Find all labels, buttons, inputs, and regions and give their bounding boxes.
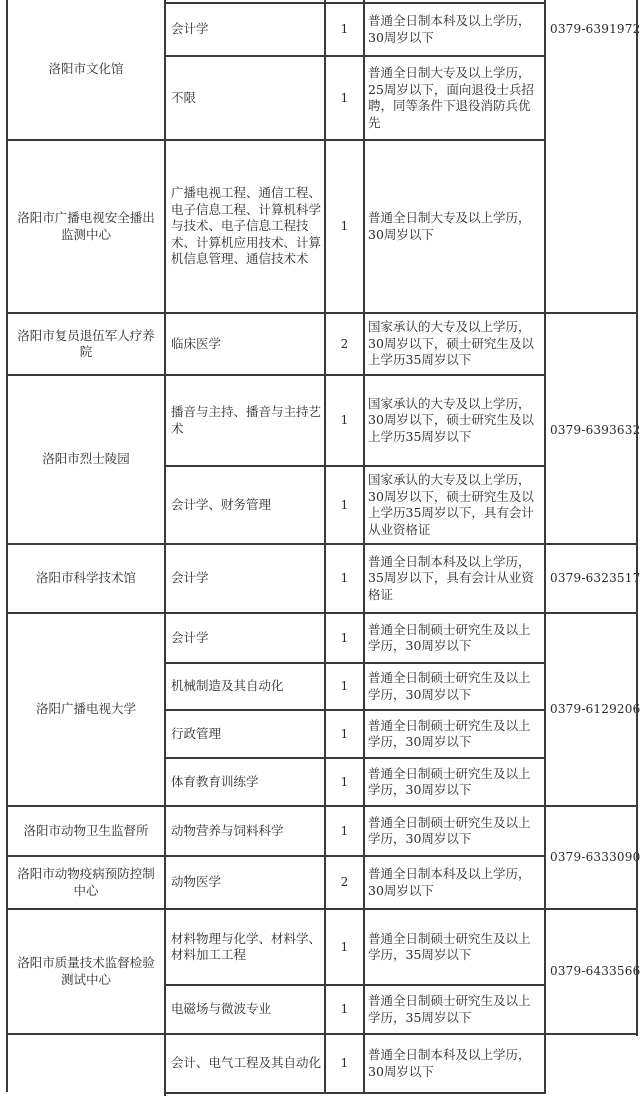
row-divider	[6, 805, 638, 807]
count-cell: 1	[326, 1035, 363, 1092]
requirement-cell: 国家承认的大专及以上学历，30周岁以下，硕士研究生及以上学历35周岁以下，具有会…	[365, 467, 544, 543]
phone-cell: 0379-63330902	[546, 807, 636, 908]
row-divider	[164, 662, 546, 664]
count-cell: 1	[326, 614, 363, 662]
major-cell: 会计学、财务管理	[166, 467, 324, 543]
requirement-cell: 普通全日制硕士研究生及以上学历，30周岁以下	[365, 664, 544, 709]
column-divider	[544, 0, 546, 1094]
requirement-cell: 普通全日制大专及以上学历，25周岁以下，面向退役士兵招聘，同等条件下退役消防兵优…	[365, 57, 544, 139]
requirement-cell: 普通全日制本科及以上学历，35周岁以下，具有会计从业资格证	[365, 545, 544, 612]
unit-cell: 洛阳市质量技术监督检验测试中心	[8, 910, 164, 1033]
major-cell: 临床医学	[166, 314, 324, 374]
major-cell: 材料物理与化学、材料学、材料加工工程	[166, 910, 324, 984]
table-border-left	[6, 0, 8, 1092]
count-cell: 1	[326, 759, 363, 805]
count-cell: 1	[326, 664, 363, 709]
row-divider	[6, 908, 638, 910]
major-cell: 体育教育训练学	[166, 759, 324, 805]
requirement-cell: 国家承认的大专及以上学历，30周岁以下，硕士研究生及以上学历35周岁以下	[365, 376, 544, 465]
major-cell: 播音与主持、播音与主持艺术	[166, 376, 324, 465]
row-divider	[6, 312, 638, 314]
unit-name: 洛阳市动物疫病预防控制中心	[12, 866, 160, 899]
major-cell: 行政管理	[166, 711, 324, 757]
unit-cell: 洛阳市科学技术馆	[8, 545, 164, 612]
major-cell: 动物营养与饲料科学	[166, 807, 324, 855]
requirement-cell: 普通全日制硕士研究生及以上学历，30周岁以下	[365, 614, 544, 662]
row-divider	[164, 1092, 546, 1094]
row-divider	[164, 55, 546, 57]
unit-cell: 洛阳市复员退伍军人疗养院	[8, 314, 164, 374]
phone-cell: 0379-63919721	[546, 4, 636, 55]
major-cell: 会计学	[166, 614, 324, 662]
count-cell: 2	[326, 314, 363, 374]
major-cell: 会计、电气工程及其自动化	[166, 1035, 324, 1092]
major-cell: 电磁场与微波专业	[166, 986, 324, 1033]
count-cell: 1	[326, 910, 363, 984]
unit-cell: 洛阳市文化馆	[8, 0, 164, 139]
requirement-cell: 普通全日制硕士研究生及以上学历，35周岁以下	[365, 986, 544, 1033]
unit-name: 洛阳市文化馆	[48, 61, 123, 78]
row-divider	[6, 543, 638, 545]
unit-cell: 洛阳市动物疫病预防控制中心	[8, 857, 164, 908]
major-cell: 不限	[166, 57, 324, 139]
row-divider	[164, 2, 546, 4]
requirement-cell: 普通全日制本科及以上学历，30周岁以下	[365, 1035, 544, 1092]
count-cell: 1	[326, 4, 363, 55]
major-cell: 机械制造及其自动化	[166, 664, 324, 709]
row-divider	[6, 855, 546, 857]
major-cell: 会计学	[166, 4, 324, 55]
count-cell: 1	[326, 711, 363, 757]
count-cell: 1	[326, 807, 363, 855]
unit-cell: 洛阳广播电视大学	[8, 614, 164, 805]
requirement-cell: 普通全日制硕士研究生及以上学历，30周岁以下	[365, 711, 544, 757]
requirement-cell: 普通全日制本科及以上学历，30周岁以下	[365, 857, 544, 908]
unit-name: 洛阳市动物卫生监督所	[23, 823, 148, 840]
row-divider	[164, 984, 546, 986]
unit-name: 洛阳市广播电视安全播出监测中心	[12, 210, 160, 243]
count-cell: 1	[326, 141, 363, 312]
count-cell: 1	[326, 376, 363, 465]
unit-cell: 洛阳市烈士陵园	[8, 376, 164, 543]
recruitment-table: 洛阳市文化馆 洛阳市广播电视安全播出监测中心 洛阳市复员退伍军人疗养院 洛阳市烈…	[0, 0, 640, 1096]
phone-cell: 0379-63936327	[546, 376, 636, 484]
major-cell: 会计学	[166, 545, 324, 612]
unit-cell: 洛阳市动物卫生监督所	[8, 807, 164, 855]
count-cell: 1	[326, 545, 363, 612]
phone-cell: 0379-61292068	[546, 614, 636, 805]
count-cell: 1	[326, 57, 363, 139]
table-border-right	[636, 0, 638, 1036]
phone-cell: 0379-63235176	[546, 545, 636, 612]
unit-name: 洛阳市科学技术馆	[36, 570, 136, 587]
requirement-cell: 普通全日制本科及以上学历，30周岁以下	[365, 4, 544, 55]
unit-name: 洛阳市复员退伍军人疗养院	[12, 328, 160, 361]
column-divider	[363, 0, 365, 1094]
unit-name: 洛阳市烈士陵园	[42, 451, 130, 468]
unit-cell	[8, 1035, 164, 1096]
requirement-cell: 普通全日制硕士研究生及以上学历，30周岁以下	[365, 807, 544, 855]
count-cell: 1	[326, 986, 363, 1033]
row-divider	[164, 465, 546, 467]
requirement-cell: 普通全日制硕士研究生及以上学历，30周岁以下	[365, 759, 544, 805]
column-divider	[164, 0, 166, 1096]
major-cell: 动物医学	[166, 857, 324, 908]
requirement-cell: 普通全日制硕士研究生及以上学历，35周岁以下	[365, 910, 544, 984]
requirement-cell: 普通全日制大专及以上学历，30周岁以下	[365, 141, 544, 312]
requirement-cell: 国家承认的大专及以上学历，30周岁以下，硕士研究生及以上学历35周岁以下	[365, 314, 544, 374]
count-cell: 2	[326, 857, 363, 908]
unit-name: 洛阳广播电视大学	[36, 701, 136, 718]
count-cell: 1	[326, 467, 363, 543]
phone-cell: 0379-64335663	[546, 910, 636, 1033]
column-divider	[324, 0, 326, 1094]
row-divider	[164, 709, 546, 711]
major-cell: 广播电视工程、通信工程、电子信息工程、计算机科学与技术、电子信息工程技术、计算机…	[166, 141, 324, 312]
row-divider	[6, 374, 546, 376]
row-divider	[164, 757, 546, 759]
unit-name: 洛阳市质量技术监督检验测试中心	[12, 955, 160, 988]
row-divider	[6, 612, 638, 614]
row-divider	[6, 139, 546, 141]
unit-cell: 洛阳市广播电视安全播出监测中心	[8, 141, 164, 312]
row-divider	[6, 1033, 638, 1035]
